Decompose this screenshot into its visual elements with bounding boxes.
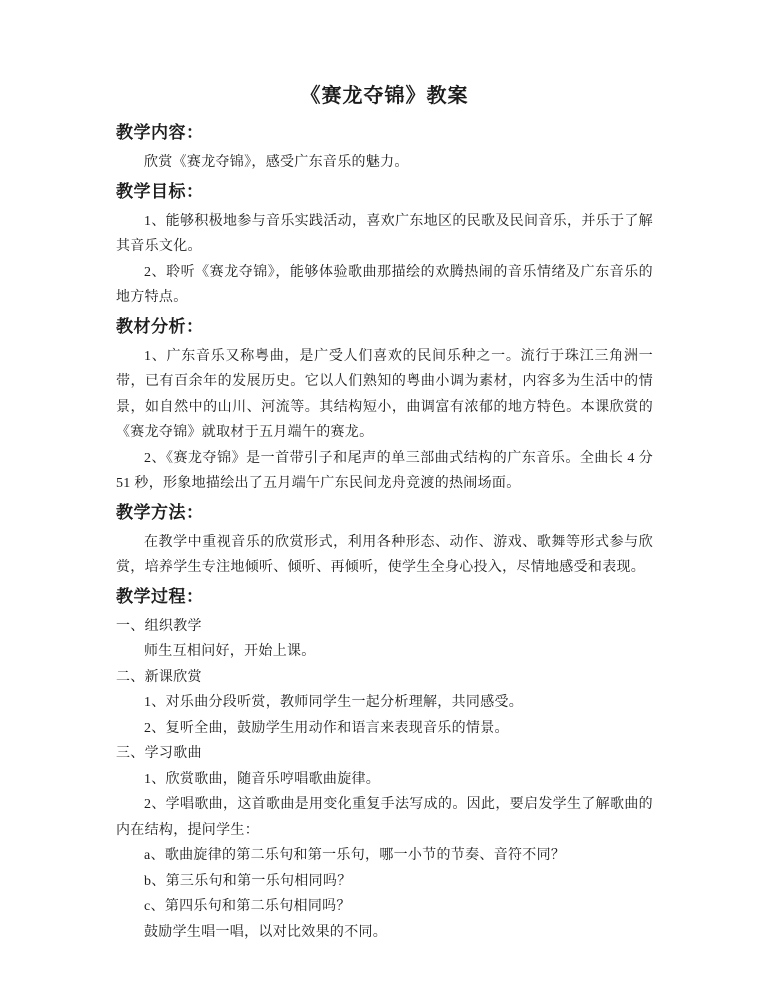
process-item: a、歌曲旋律的第二乐句和第一乐句，哪一小节的节奏、音符不同？	[116, 843, 653, 869]
paragraph: 1、广东音乐又称粤曲，是广受人们喜欢的民间乐种之一。流行于珠江三角洲一带，已有百…	[116, 344, 653, 446]
paragraph: 在教学中重视音乐的欣赏形式，利用各种形态、动作、游戏、歌舞等形式参与欣赏，培养学…	[116, 530, 653, 581]
paragraph: 欣赏《赛龙夺锦》，感受广东音乐的魅力。	[116, 150, 653, 176]
section-heading-teaching-process: 教学过程：	[116, 584, 653, 610]
section-heading-teaching-goals: 教学目标：	[116, 179, 653, 205]
section-heading-material-analysis: 教材分析：	[116, 314, 653, 340]
paragraph: 2、聆听《赛龙夺锦》，能够体验歌曲那描绘的欢腾热闹的音乐情绪及广东音乐的地方特点…	[116, 260, 653, 311]
section-material-analysis: 教材分析： 1、广东音乐又称粤曲，是广受人们喜欢的民间乐种之一。流行于珠江三角洲…	[116, 314, 653, 497]
document-page: 《赛龙夺锦》教案 教学内容： 欣赏《赛龙夺锦》，感受广东音乐的魅力。 教学目标：…	[0, 0, 770, 1000]
process-item: 鼓励学生唱一唱，以对比效果的不同。	[116, 920, 653, 946]
section-teaching-process: 教学过程： 一、组织教学 师生互相问好，开始上课。 二、新课欣赏 1、对乐曲分段…	[116, 584, 653, 946]
process-item: 1、对乐曲分段听赏，教师同学生一起分析理解，共同感受。	[116, 690, 653, 716]
section-heading-teaching-content: 教学内容：	[116, 120, 653, 146]
section-teaching-content: 教学内容： 欣赏《赛龙夺锦》，感受广东音乐的魅力。	[116, 120, 653, 176]
section-teaching-methods: 教学方法： 在教学中重视音乐的欣赏形式，利用各种形态、动作、游戏、歌舞等形式参与…	[116, 500, 653, 581]
section-teaching-goals: 教学目标： 1、能够积极地参与音乐实践活动，喜欢广东地区的民歌及民间音乐，并乐于…	[116, 179, 653, 311]
process-item: c、第四乐句和第二乐句相同吗？	[116, 894, 653, 920]
paragraph: 1、能够积极地参与音乐实践活动，喜欢广东地区的民歌及民间音乐，并乐于了解其音乐文…	[116, 209, 653, 260]
process-item: 1、欣赏歌曲，随音乐哼唱歌曲旋律。	[116, 767, 653, 793]
process-item: 师生互相问好，开始上课。	[116, 639, 653, 665]
process-item: 二、新课欣赏	[116, 665, 653, 691]
process-item: 2、学唱歌曲，这首歌曲是用变化重复手法写成的。因此，要启发学生了解歌曲的内在结构…	[116, 792, 653, 843]
paragraph: 2、《赛龙夺锦》是一首带引子和尾声的单三部曲式结构的广东音乐。全曲长 4 分 5…	[116, 446, 653, 497]
process-item: 一、组织教学	[116, 614, 653, 640]
process-item: 2、复听全曲，鼓励学生用动作和语言来表现音乐的情景。	[116, 716, 653, 742]
document-title: 《赛龙夺锦》教案	[116, 82, 653, 110]
process-item: b、第三乐句和第一乐句相同吗？	[116, 869, 653, 895]
section-heading-teaching-methods: 教学方法：	[116, 500, 653, 526]
process-item: 三、学习歌曲	[116, 741, 653, 767]
